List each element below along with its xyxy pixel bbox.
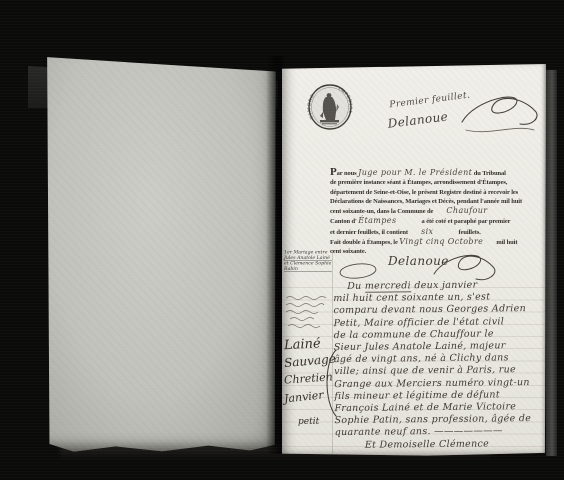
paraph-loop-icon — [338, 262, 378, 280]
handwritten-commune: Chaufour — [446, 206, 487, 215]
handwritten-canton: Étampes — [358, 216, 396, 225]
act-text-underlined: mercredi — [365, 280, 411, 292]
printed-line: Déclarations de Naissances, Mariages et … — [330, 197, 546, 206]
printed-text: mil huit — [496, 239, 517, 246]
printed-register-formula: Par nous Juge pour M. le Président du Tr… — [330, 168, 546, 257]
margin-note-line: et Clémence Sophie Rabin — [284, 261, 332, 272]
printed-text: a été coté et paraphé par premier — [422, 218, 511, 225]
drop-cap: P — [330, 166, 337, 178]
printed-text: du Tribunal — [474, 170, 506, 177]
printed-text: feuillets. — [459, 229, 481, 236]
margin-annotation-scribbles — [284, 294, 330, 330]
act-text: deux janvier — [411, 280, 478, 292]
printed-text: cent soixante-un, dans la Commune de — [330, 208, 433, 215]
book-fore-edge — [546, 70, 557, 456]
act-line: comparu devant nous Georges Adrien — [333, 303, 541, 317]
signature-paraph-icon — [458, 88, 542, 140]
printed-text: Canton d' — [330, 218, 357, 225]
margin-signature: petit — [298, 417, 332, 427]
timbre-imperial-stamp-icon: TIMBRE IMPERIAL — [306, 82, 354, 132]
printed-line: et dernier feuillets, il contient six fe… — [330, 227, 546, 237]
printed-text: et dernier feuillets, il contient — [330, 229, 408, 236]
right-register-page: TIMBRE IMPERIAL Premier feuillet. Delano… — [282, 64, 546, 456]
act-line: Et Demoiselle Clémence — [365, 438, 543, 452]
handwritten-count: six — [421, 227, 433, 236]
printed-line: Fait double à Étampes, le Vingt cinq Oct… — [330, 237, 546, 247]
printed-text: ar nous — [337, 170, 357, 177]
act-text: Du — [347, 281, 365, 292]
printed-line: Canton d' Étampes a été coté et paraphé … — [330, 216, 546, 226]
act-body-handwriting: Du mercredi deux janvier mil huit cent s… — [333, 279, 543, 452]
act-line: Grange aux Merciers numéro vingt-un — [334, 377, 542, 391]
printed-line: cent soixante-un, dans la Commune de Cha… — [330, 206, 546, 216]
margin-note: 1er Mariage entre Jules Anatole Lainé et… — [284, 250, 332, 272]
printed-text: Fait double à Étampes, le — [330, 239, 398, 246]
printed-line: département de Seine-et-Oise, le présent… — [330, 188, 546, 197]
handwritten-date: Vingt cinq Octobre — [399, 237, 483, 246]
left-blank-page — [46, 54, 278, 452]
printed-line: Par nous Juge pour M. le Président du Tr… — [330, 168, 546, 178]
register-scan: TIMBRE IMPERIAL Premier feuillet. Delano… — [0, 0, 564, 480]
handwritten-insert: Juge pour M. le Président — [358, 168, 472, 177]
printed-line: de première instance séant à Étampes, ar… — [330, 178, 546, 187]
